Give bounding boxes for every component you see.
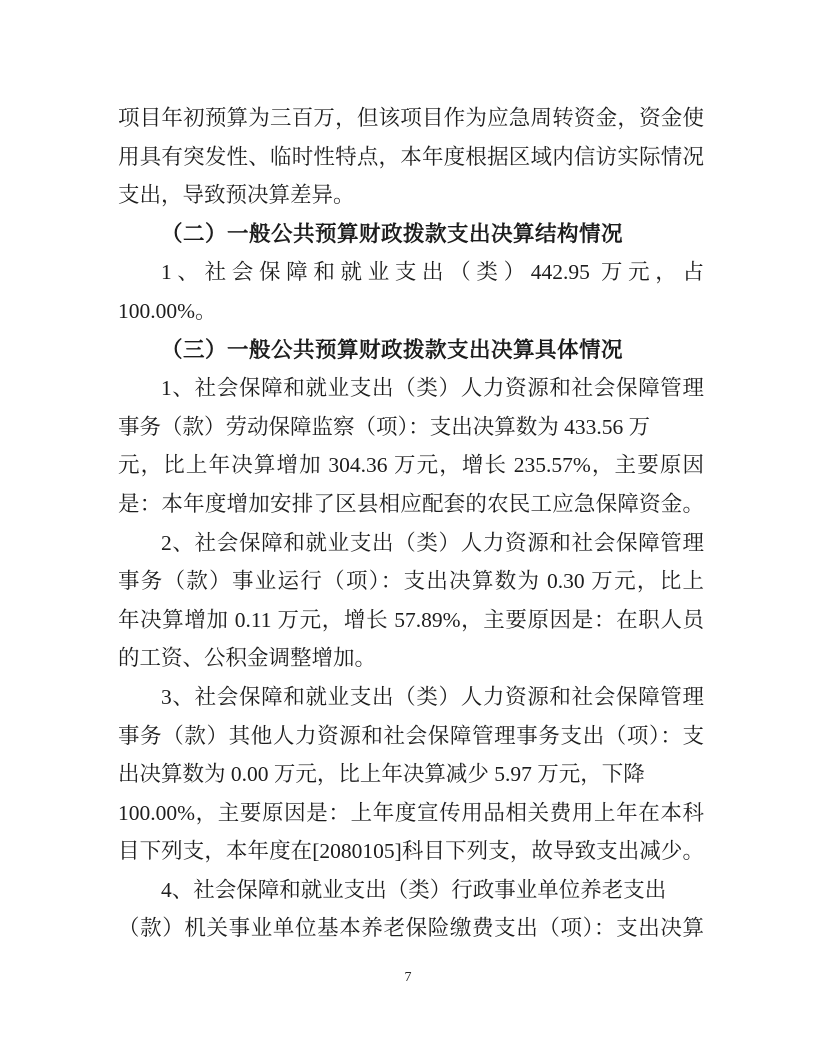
text-line: 的工资、公积金调整增加。	[118, 639, 704, 678]
document-page: 项目年初预算为三百万，但该项目作为应急周转资金，资金使 用具有突发性、临时性特点…	[0, 0, 816, 1056]
text-line: （款）机关事业单位基本养老保险缴费支出（项）：支出决算	[118, 909, 704, 948]
text-line: 1、社会保障和就业支出（类）442.95 万元，占	[118, 253, 704, 292]
text-line: 支出，导致预决算差异。	[118, 176, 704, 215]
text-line: 事务（款）事业运行（项）：支出决算数为 0.30 万元，比上	[118, 562, 704, 601]
page-number: 7	[0, 968, 816, 988]
text-line: 100.00%，主要原因是：上年度宣传用品相关费用上年在本科	[118, 794, 704, 833]
text-line: 用具有突发性、临时性特点，本年度根据区域内信访实际情况	[118, 138, 704, 177]
paragraph-detail-item-3: 3、社会保障和就业支出（类）人力资源和社会保障管理 事务（款）其他人力资源和社会…	[118, 678, 704, 871]
text-line: 4、社会保障和就业支出（类）行政事业单位养老支出	[118, 871, 704, 910]
paragraph-detail-item-4: 4、社会保障和就业支出（类）行政事业单位养老支出 （款）机关事业单位基本养老保险…	[118, 871, 704, 948]
document-body: 项目年初预算为三百万，但该项目作为应急周转资金，资金使 用具有突发性、临时性特点…	[118, 99, 704, 948]
text-line: 事务（款）劳动保障监察（项）：支出决算数为 433.56 万	[118, 408, 704, 447]
section-heading-3: （三）一般公共预算财政拨款支出决算具体情况	[118, 331, 704, 370]
text-line: 出决算数为 0.00 万元，比上年决算减少 5.97 万元，下降	[118, 755, 704, 794]
text-line: 1、社会保障和就业支出（类）人力资源和社会保障管理	[118, 369, 704, 408]
paragraph-detail-item-2: 2、社会保障和就业支出（类）人力资源和社会保障管理 事务（款）事业运行（项）：支…	[118, 524, 704, 678]
section-heading-text: （三）一般公共预算财政拨款支出决算具体情况	[118, 331, 704, 370]
text-line: 100.00%。	[118, 292, 704, 331]
text-line: 元，比上年决算增加 304.36 万元，增长 235.57%，主要原因	[118, 446, 704, 485]
text-line: 事务（款）其他人力资源和社会保障管理事务支出（项）：支	[118, 717, 704, 756]
paragraph-continuation: 项目年初预算为三百万，但该项目作为应急周转资金，资金使 用具有突发性、临时性特点…	[118, 99, 704, 215]
text-line: 目下列支，本年度在[2080105]科目下列支，故导致支出减少。	[118, 832, 704, 871]
text-line: 3、社会保障和就业支出（类）人力资源和社会保障管理	[118, 678, 704, 717]
section-heading-2: （二）一般公共预算财政拨款支出决算结构情况	[118, 215, 704, 254]
paragraph-detail-item-1: 1、社会保障和就业支出（类）人力资源和社会保障管理 事务（款）劳动保障监察（项）…	[118, 369, 704, 523]
text-line: 2、社会保障和就业支出（类）人力资源和社会保障管理	[118, 524, 704, 563]
text-line: 项目年初预算为三百万，但该项目作为应急周转资金，资金使	[118, 99, 704, 138]
text-line: 是：本年度增加安排了区县相应配套的农民工应急保障资金。	[118, 485, 704, 524]
section-heading-text: （二）一般公共预算财政拨款支出决算结构情况	[118, 215, 704, 254]
text-line: 年决算增加 0.11 万元，增长 57.89%，主要原因是：在职人员	[118, 601, 704, 640]
paragraph-structure-item-1: 1、社会保障和就业支出（类）442.95 万元，占 100.00%。	[118, 253, 704, 330]
